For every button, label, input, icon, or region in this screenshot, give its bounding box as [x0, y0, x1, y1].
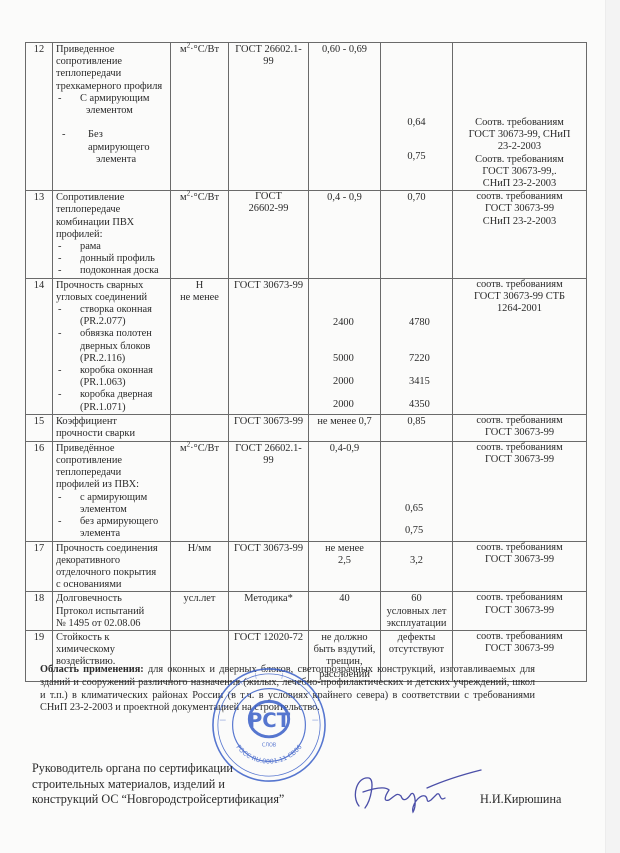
bullet-item: -Без армирующегоэлемента [56, 129, 167, 166]
method-cell: ГОСТ 30673-99 [229, 278, 309, 414]
conclusion-cell: Соотв. требованиям ГОСТ 30673-99, СНиП 2… [453, 43, 587, 191]
indicator-cell: Прочность соединения декоративного отдел… [53, 541, 171, 592]
conclusion-cell: соотв. требованиям ГОСТ 30673-99 [453, 541, 587, 592]
bullet-item: -без армирующегоэлемента [56, 516, 167, 540]
norm-cell: не менее 0,7 [309, 414, 381, 441]
unit-cell: м2·°С/Вт [171, 191, 229, 278]
method-cell: ГОСТ 26602.1-99 [229, 441, 309, 541]
actual-cell: 3,2 [381, 541, 453, 592]
unit-cell: м2·°С/Вт [171, 441, 229, 541]
row-number: 13 [26, 191, 53, 278]
row-number: 15 [26, 414, 53, 441]
actual-cell: 0,70 [381, 191, 453, 278]
bullet-item: -коробка оконная(PR.1.063) [56, 365, 167, 389]
row-number: 14 [26, 278, 53, 414]
signer-name: Н.И.Кирюшина [480, 792, 561, 807]
method-cell: Методика* [229, 592, 309, 631]
norm-cell: 40 [309, 592, 381, 631]
scope-label: Область применения: [40, 664, 144, 675]
table-row: 12 Приведенное сопротивление теплопереда… [26, 43, 587, 191]
row-number: 12 [26, 43, 53, 191]
handwritten-signature [345, 766, 485, 816]
norm-cell: 2400 5000 2000 2000 [309, 278, 381, 414]
unit-cell: Н/мм [171, 541, 229, 592]
actual-cell: 4780 7220 3415 4350 [381, 278, 453, 414]
conclusion-cell: соотв. требованиям ГОСТ 30673-99 [453, 414, 587, 441]
table-row: 15 Коэффициент прочности сварки ГОСТ 306… [26, 414, 587, 441]
norm-cell: 0,4-0,9 [309, 441, 381, 541]
signature-block: Руководитель органа по сертификации стро… [32, 761, 284, 808]
actual-cell: 60 условных лет эксплуатации [381, 592, 453, 631]
norm-cell: 0,4 - 0,9 [309, 191, 381, 278]
bullet-item: -обвязка полотендверных блоков(PR.2.116) [56, 328, 167, 365]
stamp-logo: РСТ [248, 709, 291, 732]
row-number: 17 [26, 541, 53, 592]
row-number: 18 [26, 592, 53, 631]
actual-cell: 0,64 0,75 [381, 43, 453, 191]
method-cell: ГОСТ 30673-99 [229, 541, 309, 592]
table-row: 14 Прочность сварных угловых соединений … [26, 278, 587, 414]
conclusion-cell: соотв. требованиям ГОСТ 30673-99 СНиП 23… [453, 191, 587, 278]
conclusion-cell: соотв. требованиям ГОСТ 30673-99 [453, 592, 587, 631]
unit-cell: м2·°С/Вт [171, 43, 229, 191]
table-row: 16 Приведённое сопротивление теплопереда… [26, 441, 587, 541]
method-cell: ГОСТ 26602.1-99 [229, 43, 309, 191]
unit-m2c-w: м2·°С/Вт [180, 44, 219, 55]
indicator-cell: Коэффициент прочности сварки [53, 414, 171, 441]
row-number: 16 [26, 441, 53, 541]
unit-cell: Н не менее [171, 278, 229, 414]
indicator-cell: Долговечность Пртокол испытаний № 1495 о… [53, 592, 171, 631]
unit-cell [171, 414, 229, 441]
norm-cell: не менее 2,5 [309, 541, 381, 592]
table-row: 13 Сопротивление теплопередаче комбинаци… [26, 191, 587, 278]
table-row: 17 Прочность соединения декоративного от… [26, 541, 587, 592]
bullet-item: -С армирующимэлементом [56, 93, 167, 117]
actual-cell: 0,65 0,75 [381, 441, 453, 541]
method-cell: ГОСТ 30673-99 [229, 414, 309, 441]
unit-cell: усл.лет [171, 592, 229, 631]
norm-cell: 0,60 - 0,69 [309, 43, 381, 191]
conclusion-cell: соотв. требованиям ГОСТ 30673-99 СТБ 126… [453, 278, 587, 414]
bullet-item: -створка оконная(PR.2.077) [56, 304, 167, 328]
indicator-cell: Приведённое сопротивление теплопередачи … [53, 441, 171, 541]
test-results-table: 12 Приведенное сопротивление теплопереда… [25, 42, 587, 682]
actual-cell: 0,85 [381, 414, 453, 441]
indicator-cell: Прочность сварных угловых соединений -ст… [53, 278, 171, 414]
table-row: 18 Долговечность Пртокол испытаний № 149… [26, 592, 587, 631]
bullet-item: -с армирующимэлементом [56, 492, 167, 516]
method-cell: ГОСТ 26602-99 [229, 191, 309, 278]
indicator-cell: Приведенное сопротивление теплопередачи … [53, 43, 171, 191]
page-edge [605, 0, 620, 853]
bullet-item: -подоконная доска [56, 265, 167, 277]
conclusion-cell: соотв. требованиям ГОСТ 30673-99 [453, 441, 587, 541]
bullet-item: -донный профиль [56, 253, 167, 265]
indicator-cell: Сопротивление теплопередаче комбинации П… [53, 191, 171, 278]
bullet-item: -рама [56, 241, 167, 253]
svg-text:СЛОВ: СЛОВ [262, 743, 277, 749]
bullet-item: -коробка дверная(PR.1.071) [56, 389, 167, 413]
